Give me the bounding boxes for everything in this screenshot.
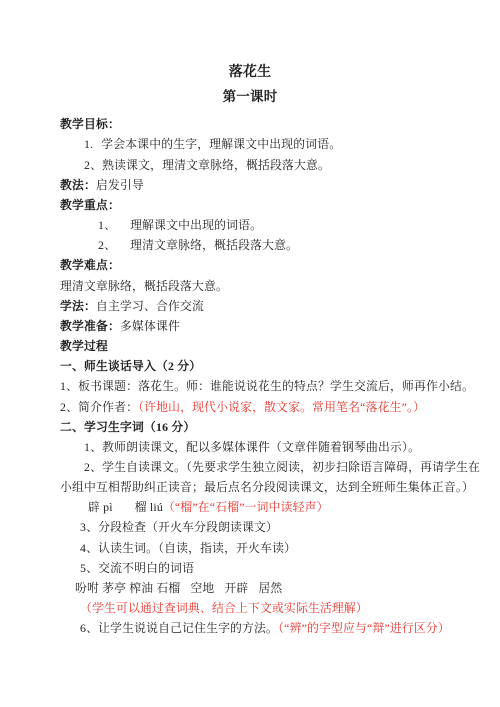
section-2-heading: 二、学习生字词（16 分） [60, 417, 440, 437]
text-segment: （学生可以通过查词典、结合上下文或实际生活理解） [80, 601, 368, 615]
text-segment: 2、 [98, 238, 116, 252]
heading-teaching-method: 教法：启发引导 [60, 175, 440, 195]
step-2-3: 3、分段检查（开火车分段朗读课文） [60, 517, 440, 537]
text-segment: 教学重点： [60, 198, 120, 212]
text-segment: 启发引导 [96, 178, 144, 192]
text-segment: 一、师生谈话导入（2 分） [60, 359, 201, 373]
step-2-1: 1、教师朗读课文，配以多媒体课件（文章伴随着钢琴曲出示）。 [60, 437, 440, 457]
pinyin-line: 辟 pì榴 liú（“榴”在“石榴”一词中读轻声） [60, 497, 440, 517]
text-segment: （“辨”的字型应与“辩”进行区分） [278, 621, 450, 635]
text-segment: 1、板书课题：落花生。师：谁能说说花生的特点？学生交流后，师再作小结。 [60, 379, 474, 393]
text-segment: 榴 liú [135, 500, 163, 514]
text-segment: 理解课文中出现的词语。 [130, 218, 262, 232]
text-segment: 辟 pì [88, 500, 113, 514]
text-segment: 6、让学生说说自己记住生字的方法。 [80, 621, 278, 635]
text-segment: 2、简介作者： [60, 400, 138, 414]
text-segment: 自主学习、合作交流 [96, 299, 204, 313]
text-segment: 1、 [98, 218, 116, 232]
tab-gap [113, 510, 135, 511]
step-2-4: 4、认读生词。（自读，指读，开火车读） [60, 538, 440, 558]
text-segment: 2、熟读课文，理清文章脉络，概括段落大意。 [84, 158, 330, 172]
text-segment: 吩咐 茅亭 榨油 石榴 [75, 581, 180, 595]
heading-teaching-goals: 教学目标： [60, 114, 440, 134]
key-point-1: 1、理解课文中出现的词语。 [60, 215, 440, 235]
goal-item-1: 1.学会本课中的生字，理解课文中出现的词语。 [60, 134, 440, 154]
text-segment: 二、学习生字词（16 分） [60, 420, 195, 434]
tab-gap [248, 591, 258, 592]
step-1-1: 1、板书课题：落花生。师：谁能说说花生的特点？学生交流后，师再作小结。 [60, 376, 440, 396]
text-segment: 学会本课中的生字，理解课文中出现的词语。 [101, 137, 341, 151]
text-segment: 小组中互相帮助纠正读音；最后点名分段阅读课文，达到全班师生集体正音。） [60, 480, 474, 494]
text-segment: 理清文章脉络，概括段落大意。 [60, 279, 228, 293]
text-segment: 1. [84, 137, 93, 151]
lesson-title: 落花生 [60, 63, 440, 83]
text-segment: 教学目标： [60, 117, 120, 131]
heading-difficult-points: 教学难点： [60, 255, 440, 275]
text-segment: 3、分段检查（开火车分段朗读课文） [80, 520, 278, 534]
text-segment: 开辟 [224, 581, 248, 595]
step-2-2: 2、学生自读课文。（先要求学生独立阅读，初步扫除语言障碍，再请学生在 [60, 457, 440, 477]
heading-teaching-process: 教学过程 [60, 336, 440, 356]
note-dictionary: （学生可以通过查词典、结合上下文或实际生活理解） [60, 598, 440, 618]
step-2-5: 5、交流不明白的词语 [60, 558, 440, 578]
tab-gap [116, 228, 130, 229]
text-segment: 教法： [60, 178, 96, 192]
tab-gap [116, 248, 130, 249]
heading-preparation: 教学准备：多媒体课件 [60, 316, 440, 336]
text-segment: 1、教师朗读课文，配以多媒体课件（文章伴随着钢琴曲出示）。 [84, 440, 420, 454]
text-segment: 教学难点： [60, 258, 120, 272]
text-segment: 多媒体课件 [120, 319, 180, 333]
document-body: 落花生第一课时教学目标：1.学会本课中的生字，理解课文中出现的词语。2、熟读课文… [60, 63, 440, 638]
text-segment: 落花生 [229, 65, 272, 80]
section-1-heading: 一、师生谈话导入（2 分） [60, 356, 440, 376]
tab-gap [214, 591, 224, 592]
heading-learning-method: 学法：自主学习、合作交流 [60, 296, 440, 316]
step-2-6: 6、让学生说说自己记住生字的方法。（“辨”的字型应与“辩”进行区分） [60, 618, 440, 638]
tab-gap [180, 591, 190, 592]
word-list: 吩咐 茅亭 榨油 石榴空地开辟居然 [60, 578, 440, 598]
goal-item-2: 2、熟读课文，理清文章脉络，概括段落大意。 [60, 155, 440, 175]
text-segment: 第一课时 [223, 89, 278, 104]
text-segment: 空地 [190, 581, 214, 595]
difficult-point-text: 理清文章脉络，概括段落大意。 [60, 276, 440, 296]
heading-key-points: 教学重点： [60, 195, 440, 215]
text-segment: 4、认读生词。（自读，指读，开火车读） [80, 541, 296, 555]
text-segment: 学法： [60, 299, 96, 313]
session-title: 第一课时 [60, 87, 440, 107]
key-point-2: 2、理清文章脉络，概括段落大意。 [60, 235, 440, 255]
step-2-2-cont: 小组中互相帮助纠正读音；最后点名分段阅读课文，达到全班师生集体正音。） [60, 477, 440, 497]
text-segment: 5、交流不明白的词语 [80, 561, 194, 575]
step-1-2: 2、简介作者：（许地山，现代小说家，散文家。常用笔名“落花生”。） [60, 397, 440, 417]
text-segment: 2、学生自读课文。（先要求学生独立阅读，初步扫除语言障碍，再请学生在 [84, 460, 480, 474]
text-segment: 教学准备： [60, 319, 120, 333]
text-segment: 居然 [258, 581, 282, 595]
text-segment: 教学过程 [60, 339, 108, 353]
text-segment: （许地山，现代小说家，散文家。常用笔名“落花生”。） [138, 400, 425, 414]
text-segment: 理清文章脉络，概括段落大意。 [130, 238, 298, 252]
text-segment: （“榴”在“石榴”一词中读轻声） [163, 500, 329, 514]
document-page: 落花生第一课时教学目标：1.学会本课中的生字，理解课文中出现的词语。2、熟读课文… [0, 0, 500, 707]
